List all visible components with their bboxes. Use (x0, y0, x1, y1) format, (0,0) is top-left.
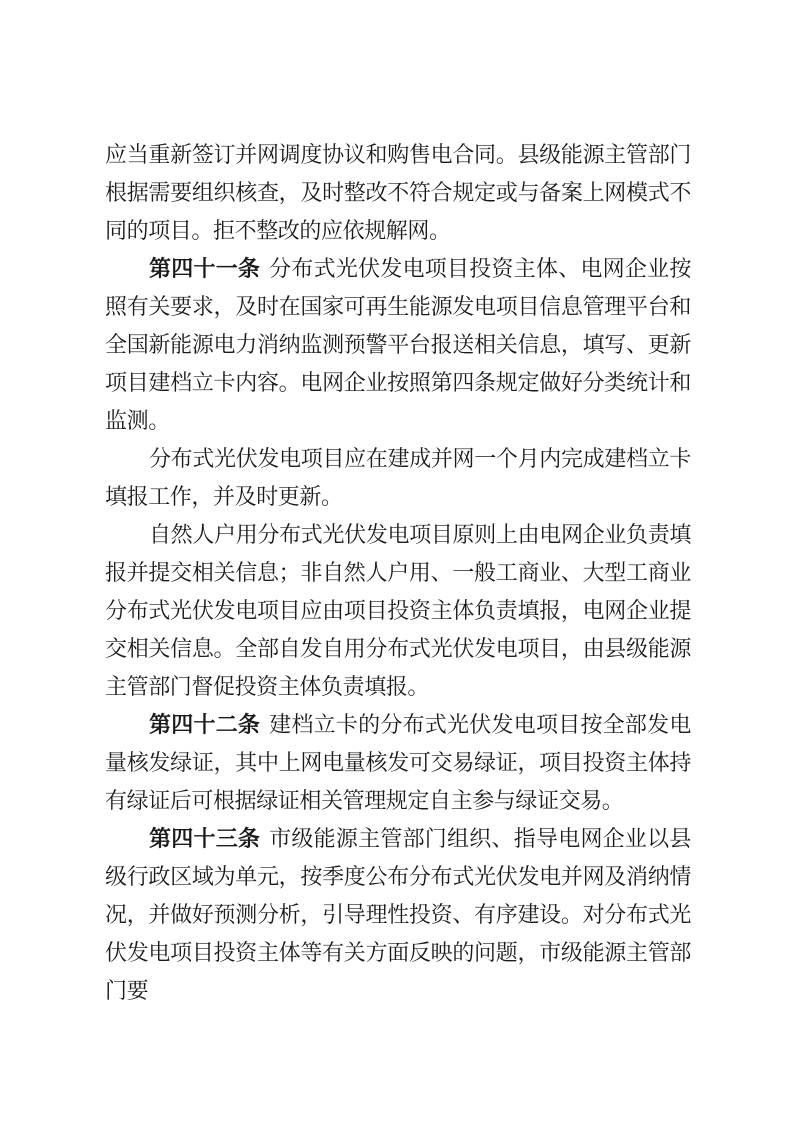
paragraph: 第四十一条分布式光伏发电项目投资主体、电网企业按照有关要求，及时在国家可再生能源… (105, 250, 691, 440)
paragraph: 自然人户用分布式光伏发电项目原则上由电网企业负责填报并提交相关信息；非自然人户用… (105, 516, 691, 706)
article-number: 第四十三条 (149, 826, 260, 851)
document-page: 应当重新签订并网调度协议和购售电合同。县级能源主管部门根据需要组织核查，及时整改… (0, 0, 793, 1122)
paragraph-text: 分布式光伏发电项目应在建成并网一个月内完成建档立卡填报工作，并及时更新。 (105, 446, 691, 509)
paragraph: 应当重新签订并网调度协议和购售电合同。县级能源主管部门根据需要组织核查，及时整改… (105, 136, 691, 250)
article-number: 第四十一条 (149, 256, 260, 281)
paragraph: 分布式光伏发电项目应在建成并网一个月内完成建档立卡填报工作，并及时更新。 (105, 440, 691, 516)
paragraph: 第四十二条建档立卡的分布式光伏发电项目按全部发电量核发绿证，其中上网电量核发可交… (105, 706, 691, 820)
paragraph-text: 自然人户用分布式光伏发电项目原则上由电网企业负责填报并提交相关信息；非自然人户用… (105, 522, 691, 699)
paragraph-text: 分布式光伏发电项目投资主体、电网企业按照有关要求，及时在国家可再生能源发电项目信… (105, 256, 691, 433)
article-number: 第四十二条 (149, 712, 260, 737)
paragraph-text: 市级能源主管部门组织、指导电网企业以县级行政区域为单元，按季度公布分布式光伏发电… (105, 826, 691, 1003)
document-body: 应当重新签订并网调度协议和购售电合同。县级能源主管部门根据需要组织核查，及时整改… (105, 136, 691, 1010)
paragraph: 第四十三条市级能源主管部门组织、指导电网企业以县级行政区域为单元，按季度公布分布… (105, 820, 691, 1010)
paragraph-text: 应当重新签订并网调度协议和购售电合同。县级能源主管部门根据需要组织核查，及时整改… (105, 142, 691, 243)
